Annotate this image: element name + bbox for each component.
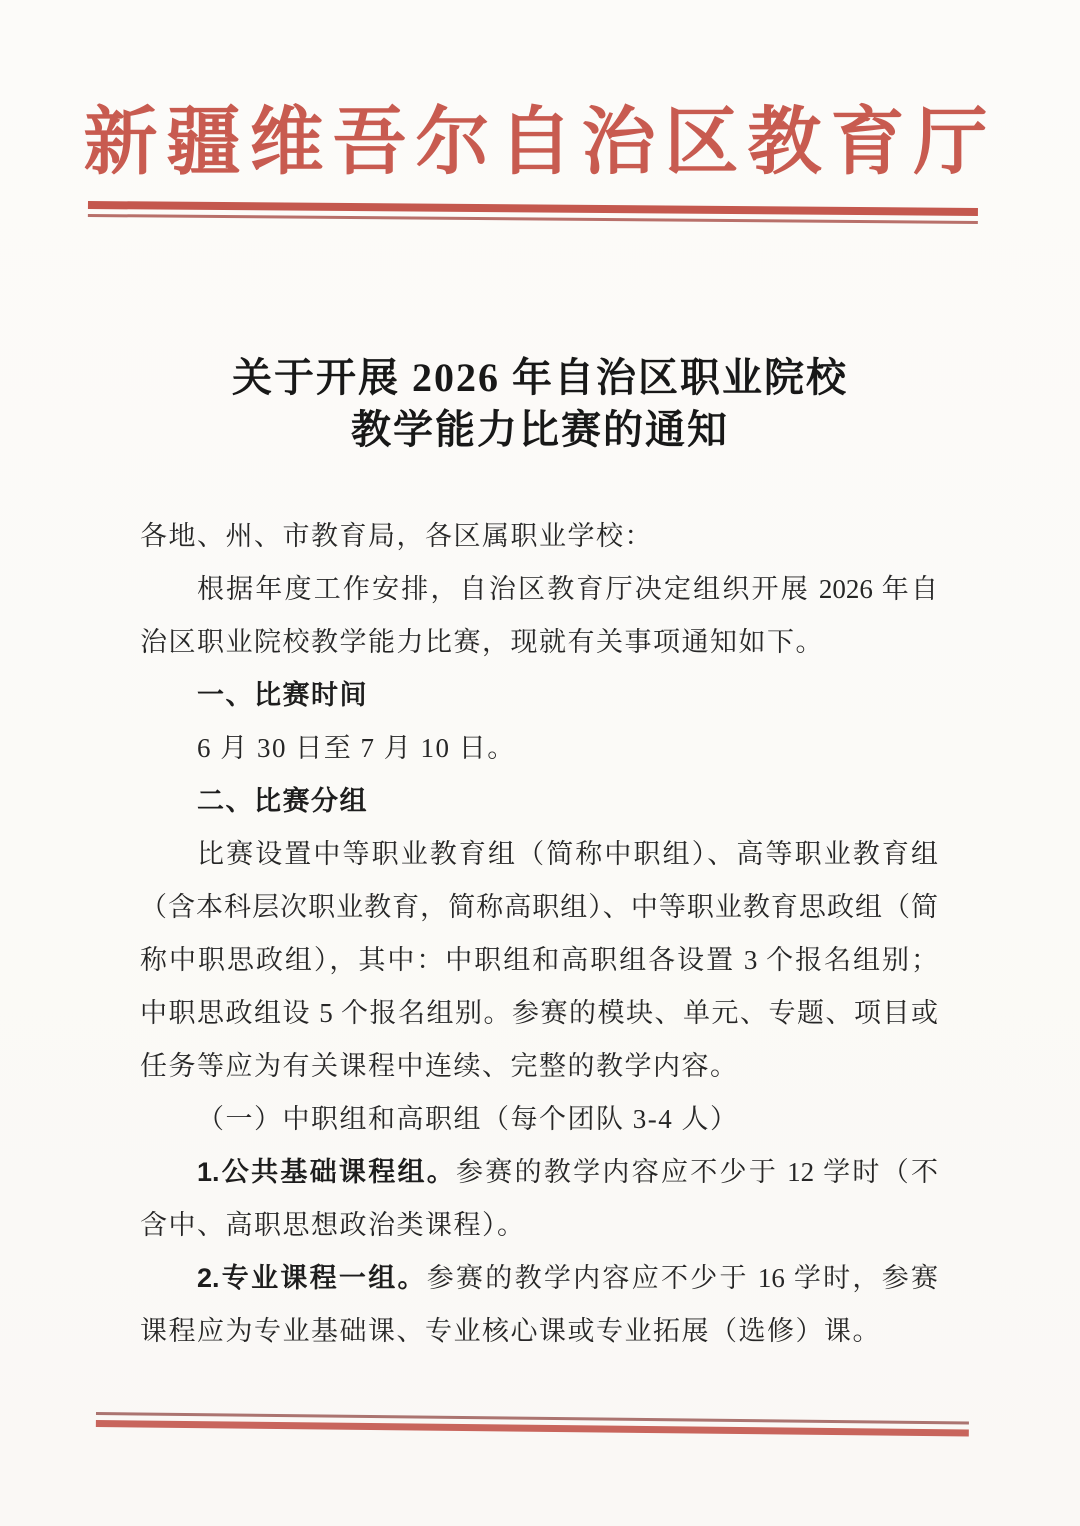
body-line: 任务等应为有关课程中连续、完整的教学内容。 — [140, 1040, 938, 1093]
body-line: 1.公共基础课程组。参赛的教学内容应不少于 12 学时（不 — [140, 1146, 938, 1199]
body-line: 2.专业课程一组。参赛的教学内容应不少于 16 学时，参赛 — [140, 1252, 938, 1305]
body-line: 比赛设置中等职业教育组（简称中职组）、高等职业教育组 — [140, 828, 938, 881]
body-line: 治区职业院校教学能力比赛，现就有关事项通知如下。 — [140, 616, 938, 669]
subsection-heading: （一）中职组和高职组（每个团队 3-4 人） — [140, 1093, 938, 1146]
document-title-line1: 关于开展 2026 年自治区职业院校 — [0, 352, 1080, 404]
body-line: （含本科层次职业教育，简称高职组）、中等职业教育思政组（简 — [140, 881, 938, 934]
body-line: 6 月 30 日至 7 月 10 日。 — [140, 722, 938, 775]
document-body: 各地、州、市教育局，各区属职业学校： 根据年度工作安排，自治区教育厅决定组织开展… — [140, 510, 938, 1358]
salutation-line: 各地、州、市教育局，各区属职业学校： — [140, 510, 938, 563]
footer-divider — [96, 1412, 969, 1436]
letterhead-org-name: 新疆维吾尔自治区教育厅 — [0, 98, 1080, 188]
body-line: 称中职思政组），其中：中职组和高职组各设置 3 个报名组别； — [140, 934, 938, 987]
section-heading-1: 一、比赛时间 — [140, 669, 938, 722]
body-line: 课程应为专业基础课、专业核心课或专业拓展（选修）课。 — [140, 1305, 938, 1358]
body-line: 根据年度工作安排，自治区教育厅决定组织开展 2026 年自 — [140, 563, 938, 616]
section-heading-2: 二、比赛分组 — [140, 775, 938, 828]
document-title: 关于开展 2026 年自治区职业院校 教学能力比赛的通知 — [0, 352, 1080, 456]
body-line: 中职思政组设 5 个报名组别。参赛的模块、单元、专题、项目或 — [140, 987, 938, 1040]
body-line: 含中、高职思想政治类课程）。 — [140, 1199, 938, 1252]
letterhead-divider — [88, 201, 978, 224]
document-title-line2: 教学能力比赛的通知 — [0, 404, 1080, 456]
scanned-document-page: 新疆维吾尔自治区教育厅 关于开展 2026 年自治区职业院校 教学能力比赛的通知… — [0, 0, 1080, 1526]
